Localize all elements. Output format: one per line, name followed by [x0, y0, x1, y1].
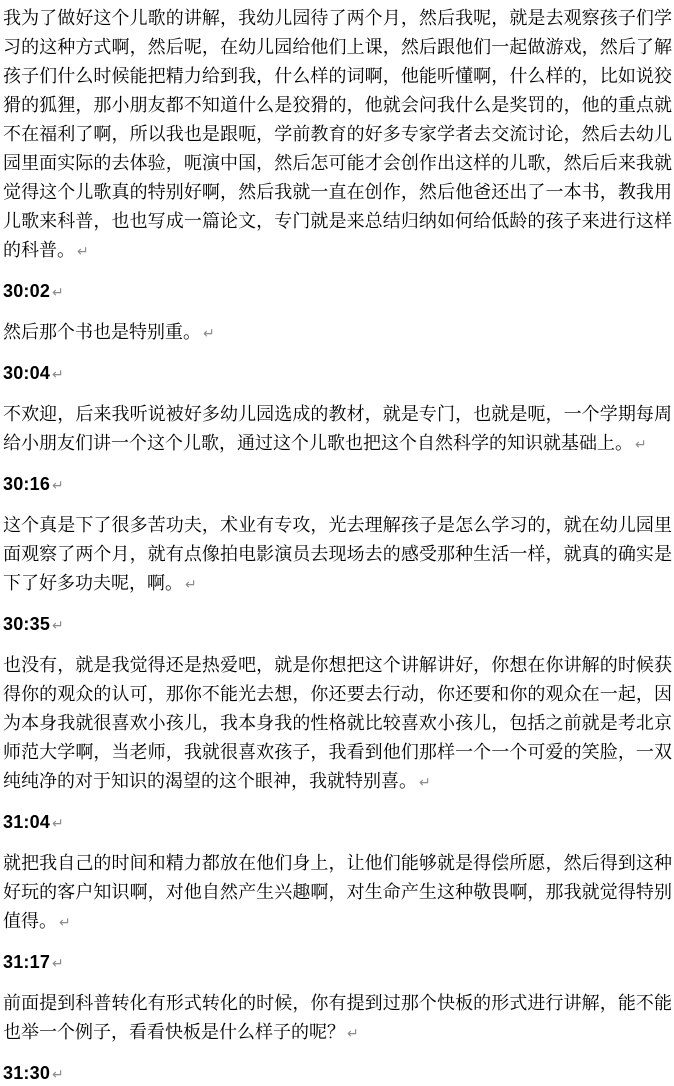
transcript-paragraph: 就把我自己的时间和精力都放在他们身上，让他们能够就是得偿所愿，然后得到这种好玩的… [3, 849, 672, 938]
timestamp-heading: 30:02↵ [3, 277, 672, 308]
transcript-paragraph: 然后那个书也是特别重。↵ [3, 318, 672, 349]
paragraph-mark-icon: ↵ [52, 285, 64, 301]
paragraph-mark-icon: ↵ [419, 775, 431, 791]
paragraph-mark-icon: ↵ [635, 437, 647, 453]
timestamp-heading: 30:35↵ [3, 610, 672, 641]
paragraph-mark-icon: ↵ [59, 915, 71, 931]
paragraph-text: 我为了做好这个儿歌的讲解，我幼儿园待了两个月，然后我呢，就是去观察孩子们学习的这… [3, 8, 672, 260]
paragraph-mark-icon: ↵ [77, 244, 89, 260]
transcript-paragraph: 这个真是下了很多苦功夫，术业有专攻，光去理解孩子是怎么学习的，就在幼儿园里面观察… [3, 511, 672, 600]
document-body[interactable]: 我为了做好这个儿歌的讲解，我幼儿园待了两个月，然后我呢，就是去观察孩子们学习的这… [0, 0, 674, 1086]
timestamp-heading: 31:17↵ [3, 948, 672, 979]
paragraph-mark-icon: ↵ [52, 478, 64, 494]
timestamp-heading: 31:04↵ [3, 808, 672, 839]
timestamp-text: 30:16 [3, 474, 50, 494]
timestamp-text: 31:04 [3, 812, 50, 832]
paragraph-mark-icon: ↵ [52, 618, 64, 634]
paragraph-mark-icon: ↵ [52, 1067, 64, 1083]
timestamp-text: 30:35 [3, 614, 50, 634]
paragraph-text: 前面提到科普转化有形式转化的时候，你有提到过那个快板的形式进行讲解，能不能也举一… [3, 993, 672, 1042]
paragraph-text: 不欢迎，后来我听说被好多幼儿园选成的教材，就是专门，也就是呃，一个学期每周给小朋… [3, 404, 672, 453]
timestamp-text: 30:04 [3, 363, 50, 383]
transcript-paragraph: 也没有，就是我觉得还是热爱吧，就是你想把这个讲解讲好，你想在你讲解的时候获得你的… [3, 651, 672, 798]
timestamp-heading: 31:30↵ [3, 1059, 672, 1086]
paragraph-text: 就把我自己的时间和精力都放在他们身上，让他们能够就是得偿所愿，然后得到这种好玩的… [3, 853, 672, 931]
paragraph-mark-icon: ↵ [203, 326, 215, 342]
paragraph-text: 也没有，就是我觉得还是热爱吧，就是你想把这个讲解讲好，你想在你讲解的时候获得你的… [3, 655, 672, 791]
timestamp-heading: 30:16↵ [3, 470, 672, 501]
transcript-paragraph: 前面提到科普转化有形式转化的时候，你有提到过那个快板的形式进行讲解，能不能也举一… [3, 989, 672, 1049]
paragraph-mark-icon: ↵ [185, 577, 197, 593]
paragraph-mark-icon: ↵ [52, 367, 64, 383]
timestamp-text: 31:30 [3, 1063, 50, 1083]
transcript-paragraph: 我为了做好这个儿歌的讲解，我幼儿园待了两个月，然后我呢，就是去观察孩子们学习的这… [3, 4, 672, 267]
paragraph-mark-icon: ↵ [52, 816, 64, 832]
timestamp-text: 31:17 [3, 952, 50, 972]
paragraph-mark-icon: ↵ [347, 1026, 359, 1042]
paragraph-text: 这个真是下了很多苦功夫，术业有专攻，光去理解孩子是怎么学习的，就在幼儿园里面观察… [3, 515, 672, 593]
transcript-paragraph: 不欢迎，后来我听说被好多幼儿园选成的教材，就是专门，也就是呃，一个学期每周给小朋… [3, 400, 672, 460]
timestamp-heading: 30:04↵ [3, 359, 672, 390]
timestamp-text: 30:02 [3, 281, 50, 301]
paragraph-mark-icon: ↵ [52, 956, 64, 972]
paragraph-text: 然后那个书也是特别重。 [3, 322, 201, 342]
